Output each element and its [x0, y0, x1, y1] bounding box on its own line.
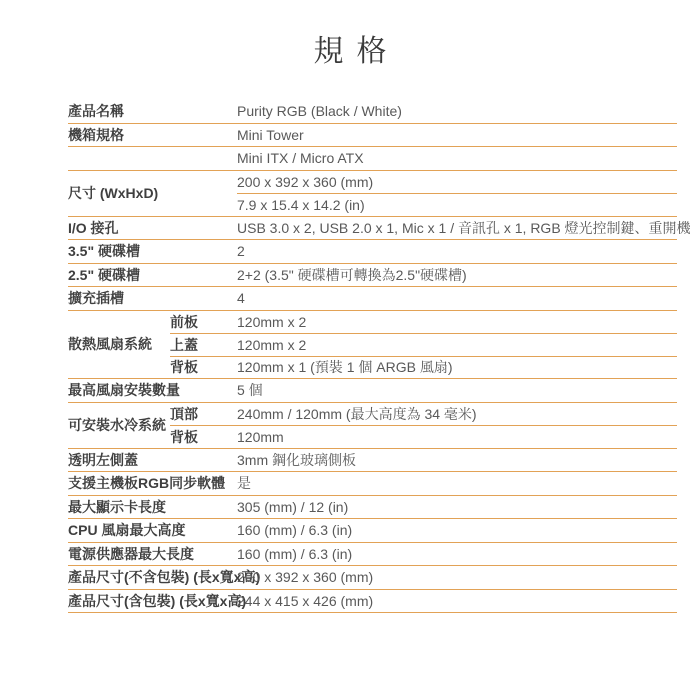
- page-title: 規格: [0, 26, 700, 70]
- spec-group: 散熱風扇系統前板120mm x 2上蓋120mm x 2背板120mm x 1 …: [68, 311, 677, 380]
- spec-row: 背板120mm: [170, 425, 677, 448]
- spec-group-rows: 160 (mm) / 6.3 (in): [237, 519, 677, 542]
- spec-group: 最大顯示卡長度305 (mm) / 12 (in): [68, 496, 677, 520]
- spec-value: 160 (mm) / 6.3 (in): [237, 546, 352, 562]
- spec-group-rows: 是: [237, 472, 677, 495]
- spec-value: 120mm x 1 (預裝 1 個 ARGB 風扇): [237, 357, 452, 377]
- spec-group-rows: 3mm 鋼化玻璃側板: [237, 449, 677, 472]
- spec-row: 是: [237, 472, 677, 495]
- spec-label: CPU 風扇最大高度: [68, 519, 237, 542]
- spec-row: Mini Tower: [237, 124, 677, 147]
- spec-value: 305 (mm) / 12 (in): [237, 499, 348, 515]
- spec-value: 2: [237, 243, 245, 259]
- spec-group-rows: Purity RGB (Black / White): [237, 100, 677, 123]
- spec-group: 2.5" 硬碟槽2+2 (3.5" 硬碟槽可轉換為2.5"硬碟槽): [68, 264, 677, 288]
- spec-row: 160 (mm) / 6.3 (in): [237, 519, 677, 542]
- spec-row: Purity RGB (Black / White): [237, 100, 677, 123]
- spec-group-rows: Mini Tower: [237, 124, 677, 147]
- spec-sub-label: 前板: [170, 312, 237, 332]
- spec-row: 244 x 415 x 426 (mm): [237, 590, 677, 613]
- spec-group: 可安裝水冷系統頂部240mm / 120mm (最大高度為 34 毫米)背板12…: [68, 403, 677, 449]
- spec-value: 240mm / 120mm (最大高度為 34 毫米): [237, 404, 477, 424]
- spec-value: 3mm 鋼化玻璃側板: [237, 450, 356, 470]
- spec-group: 機箱規格Mini Tower: [68, 124, 677, 148]
- page: 規格 產品名稱Purity RGB (Black / White)機箱規格Min…: [0, 26, 700, 613]
- spec-group-rows: USB 3.0 x 2, USB 2.0 x 1, Mic x 1 / 音訊孔 …: [237, 217, 677, 240]
- spec-row: 2: [237, 240, 677, 263]
- spec-value: Mini Tower: [237, 127, 304, 143]
- spec-value: 200 x 392 x 360 (mm): [237, 569, 373, 585]
- spec-label: 機箱規格: [68, 124, 237, 147]
- spec-sub-label: 背板: [170, 357, 237, 377]
- spec-row: 背板120mm x 1 (預裝 1 個 ARGB 風扇): [170, 356, 677, 379]
- spec-group: 尺寸 (WxHxD)200 x 392 x 360 (mm)7.9 x 15.4…: [68, 171, 677, 217]
- spec-row: 200 x 392 x 360 (mm): [237, 171, 677, 194]
- spec-row: 5 個: [237, 379, 677, 402]
- spec-row: 2+2 (3.5" 硬碟槽可轉換為2.5"硬碟槽): [237, 264, 677, 287]
- spec-value: 120mm x 2: [237, 337, 306, 353]
- spec-group-rows: 前板120mm x 2上蓋120mm x 2背板120mm x 1 (預裝 1 …: [170, 311, 677, 379]
- spec-sub-label: 頂部: [170, 404, 237, 424]
- spec-label: 擴充插槽: [68, 287, 237, 310]
- spec-row: 前板120mm x 2: [170, 311, 677, 334]
- spec-group: 產品尺寸(含包裝) (長x寬x高)244 x 415 x 426 (mm): [68, 590, 677, 614]
- spec-group-rows: 305 (mm) / 12 (in): [237, 496, 677, 519]
- spec-label: [68, 147, 237, 170]
- spec-label: 產品尺寸(不含包裝) (長x寬x高): [68, 566, 237, 589]
- spec-row: 上蓋120mm x 2: [170, 333, 677, 356]
- spec-group: 3.5" 硬碟槽2: [68, 240, 677, 264]
- spec-group-rows: 200 x 392 x 360 (mm)7.9 x 15.4 x 14.2 (i…: [237, 171, 677, 216]
- spec-label: 透明左側蓋: [68, 449, 237, 472]
- spec-value: 120mm x 2: [237, 314, 306, 330]
- spec-label: 尺寸 (WxHxD): [68, 171, 237, 216]
- spec-label: 產品名稱: [68, 100, 237, 123]
- spec-group-rows: 頂部240mm / 120mm (最大高度為 34 毫米)背板120mm: [170, 403, 677, 448]
- spec-label: 可安裝水冷系統: [68, 403, 170, 448]
- spec-group: 產品尺寸(不含包裝) (長x寬x高)200 x 392 x 360 (mm): [68, 566, 677, 590]
- spec-group-rows: 2+2 (3.5" 硬碟槽可轉換為2.5"硬碟槽): [237, 264, 677, 287]
- spec-table: 產品名稱Purity RGB (Black / White)機箱規格Mini T…: [68, 100, 677, 613]
- spec-group: 電源供應器最大長度160 (mm) / 6.3 (in): [68, 543, 677, 567]
- spec-group-rows: 160 (mm) / 6.3 (in): [237, 543, 677, 566]
- spec-group-rows: Mini ITX / Micro ATX: [237, 147, 677, 170]
- spec-value: 5 個: [237, 380, 263, 400]
- spec-row: 3mm 鋼化玻璃側板: [237, 449, 677, 472]
- spec-group: CPU 風扇最大高度160 (mm) / 6.3 (in): [68, 519, 677, 543]
- spec-group-rows: 244 x 415 x 426 (mm): [237, 590, 677, 613]
- spec-value: 是: [237, 473, 251, 493]
- spec-label: 最高風扇安裝數量: [68, 379, 237, 402]
- spec-value: 120mm: [237, 429, 284, 445]
- spec-group-rows: 200 x 392 x 360 (mm): [237, 566, 677, 589]
- spec-group: 最高風扇安裝數量5 個: [68, 379, 677, 403]
- spec-label: 2.5" 硬碟槽: [68, 264, 237, 287]
- spec-value: 160 (mm) / 6.3 (in): [237, 522, 352, 538]
- spec-group-rows: 2: [237, 240, 677, 263]
- spec-value: 2+2 (3.5" 硬碟槽可轉換為2.5"硬碟槽): [237, 265, 467, 285]
- spec-label: I/O 接孔: [68, 217, 237, 240]
- spec-row: 頂部240mm / 120mm (最大高度為 34 毫米): [170, 403, 677, 426]
- spec-label: 散熱風扇系統: [68, 311, 170, 379]
- spec-group: 透明左側蓋3mm 鋼化玻璃側板: [68, 449, 677, 473]
- spec-row: USB 3.0 x 2, USB 2.0 x 1, Mic x 1 / 音訊孔 …: [237, 217, 677, 240]
- spec-row: Mini ITX / Micro ATX: [237, 147, 677, 170]
- spec-group-rows: 4: [237, 287, 677, 310]
- spec-label: 產品尺寸(含包裝) (長x寬x高): [68, 590, 237, 613]
- spec-group: Mini ITX / Micro ATX: [68, 147, 677, 171]
- spec-label: 最大顯示卡長度: [68, 496, 237, 519]
- spec-value: 4: [237, 290, 245, 306]
- spec-value: Purity RGB (Black / White): [237, 103, 402, 119]
- spec-row: 305 (mm) / 12 (in): [237, 496, 677, 519]
- spec-value: 200 x 392 x 360 (mm): [237, 174, 373, 190]
- spec-row: 4: [237, 287, 677, 310]
- spec-label: 支援主機板RGB同步軟體: [68, 472, 237, 495]
- spec-value: USB 3.0 x 2, USB 2.0 x 1, Mic x 1 / 音訊孔 …: [237, 218, 691, 238]
- spec-value: 244 x 415 x 426 (mm): [237, 593, 373, 609]
- spec-group: I/O 接孔USB 3.0 x 2, USB 2.0 x 1, Mic x 1 …: [68, 217, 677, 241]
- spec-label: 電源供應器最大長度: [68, 543, 237, 566]
- spec-label: 3.5" 硬碟槽: [68, 240, 237, 263]
- spec-value: 7.9 x 15.4 x 14.2 (in): [237, 197, 365, 213]
- spec-value: Mini ITX / Micro ATX: [237, 150, 364, 166]
- spec-group: 擴充插槽4: [68, 287, 677, 311]
- spec-sub-label: 上蓋: [170, 335, 237, 355]
- spec-group: 產品名稱Purity RGB (Black / White): [68, 100, 677, 124]
- spec-row: 160 (mm) / 6.3 (in): [237, 543, 677, 566]
- spec-row: 7.9 x 15.4 x 14.2 (in): [237, 193, 677, 216]
- spec-group: 支援主機板RGB同步軟體是: [68, 472, 677, 496]
- spec-sub-label: 背板: [170, 427, 237, 447]
- spec-row: 200 x 392 x 360 (mm): [237, 566, 677, 589]
- spec-group-rows: 5 個: [237, 379, 677, 402]
